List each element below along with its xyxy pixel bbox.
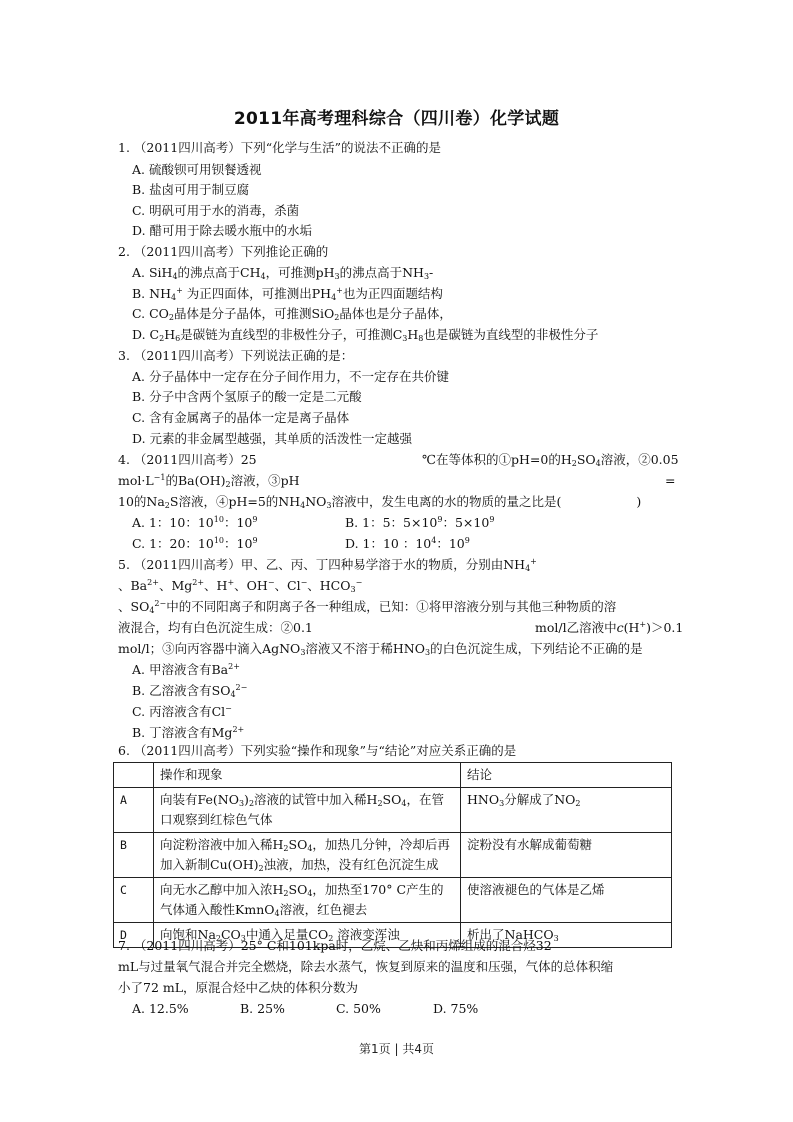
question-7-stem-line3: 小了72 mL，原混合烃中乙炔的体积分数为 (118, 980, 358, 996)
question-4-stem-line2b: = (665, 473, 675, 489)
question-1-option-c: C. 明矾可用于水的消毒，杀菌 (132, 203, 299, 219)
page-footer: 第1页 | 共4页 (0, 1040, 793, 1057)
question-5-stem-line1: 5. （2011四川高考）甲、乙、丙、丁四种易学溶于水的物质，分别由NH4+ (118, 557, 537, 573)
question-7-stem-line1: 7. （2011四川高考）25° C和101kpa时，乙烷、乙炔和丙烯组成的混合… (118, 938, 552, 954)
question-5-option-c: C. 丙溶液含有Cl− (132, 704, 232, 720)
question-4-option-d: D. 1：10 ：104：109 (345, 536, 470, 552)
question-7-option-b: B. 25% (240, 1001, 285, 1017)
question-7-option-c: C. 50% (336, 1001, 381, 1017)
question-3-stem: 3. （2011四川高考）下列说法正确的是： (118, 348, 353, 364)
question-2-option-c: C. CO2晶体是分子晶体，可推测SiO2晶体也是分子晶体， (132, 306, 452, 322)
question-4-option-c: C. 1：20：1010：109 (132, 536, 258, 552)
question-5-option-b: B. 乙溶液含有SO42− (132, 683, 247, 699)
question-4-stem-line3: 10的Na2S溶液，④pH=5的NH4NO3溶液中，发生电离的水的物质的量之比是… (118, 494, 641, 510)
row-label: A (114, 788, 154, 833)
row-conclusion: HNO3分解成了NO2 (461, 788, 672, 833)
row-label: B (114, 833, 154, 878)
question-5-option-d: B. 丁溶液含有Mg2+ (132, 725, 244, 741)
question-2-option-b: B. NH4+ 为正四面体，可推测出PH4+也为正四面题结构 (132, 286, 443, 302)
table-header-row: 操作和现象 结论 (114, 763, 672, 788)
row-operation: 向装有Fe(NO3)2溶液的试管中加入稀H2SO4，在管口观察到红棕色气体 (154, 788, 461, 833)
table-row: C 向无水乙醇中加入浓H2SO4，加热至170° C产生的气体通入酸性KmnO4… (114, 878, 672, 923)
question-6-table: 操作和现象 结论 A 向装有Fe(NO3)2溶液的试管中加入稀H2SO4，在管口… (113, 762, 672, 948)
question-1-option-b: B. 盐卤可用于制豆腐 (132, 182, 249, 198)
question-2-option-a: A. SiH4的沸点高于CH4，可推测pH3的沸点高于NH3- (132, 265, 433, 281)
question-5-stem-line4b: mol/l乙溶液中c(H+)＞0.1 (535, 620, 683, 636)
question-3-option-a: A. 分子晶体中一定存在分子间作用力，不一定存在共价键 (132, 369, 449, 385)
question-5-stem-line3: 、SO42−中的不同阳离子和阴离子各一种组成，已知：①将甲溶液分别与其他三种物质… (118, 599, 616, 615)
question-7-stem-line2: mL与过量氧气混合并完全燃烧，除去水蒸气，恢复到原来的温度和压强，气体的总体积缩 (118, 959, 613, 975)
question-3-option-d: D. 元素的非金属型越强，其单质的活泼性一定越强 (132, 431, 412, 447)
question-1-stem: 1. （2011四川高考）下列“化学与生活”的说法不正确的是 (118, 140, 441, 156)
question-3-option-b: B. 分子中含两个氢原子的酸一定是二元酸 (132, 389, 362, 405)
table-header-cell (114, 763, 154, 788)
question-4-stem-line1: 4. （2011四川高考）25 (118, 452, 257, 468)
question-5-stem-line5: mol/l；③向丙容器中滴入AgNO3溶液又不溶于稀HNO3的白色沉淀生成，下列… (118, 641, 643, 657)
question-4-stem-line1b: ℃在等体积的①pH=0的H2SO4溶液，②0.05 (422, 452, 679, 468)
question-2-option-d: D. C2H6是碳链为直线型的非极性分子，可推测C3H8也是碳链为直线型的非极性… (132, 327, 598, 343)
question-7-option-a: A. 12.5% (132, 1001, 189, 1017)
row-operation: 向无水乙醇中加入浓H2SO4，加热至170° C产生的气体通入酸性KmnO4溶液… (154, 878, 461, 923)
question-4-option-b: B. 1：5：5×109：5×109 (345, 515, 494, 531)
table-header-cell: 结论 (461, 763, 672, 788)
question-1-option-a: A. 硫酸钡可用钡餐透视 (132, 162, 261, 178)
page-title: 2011年高考理科综合（四川卷）化学试题 (0, 104, 793, 129)
question-4-stem-line2: mol·L−1的Ba(OH)2溶液，③pH (118, 473, 300, 489)
document-page: 2011年高考理科综合（四川卷）化学试题 1. （2011四川高考）下列“化学与… (0, 0, 793, 1122)
row-conclusion: 使溶液褪色的气体是乙烯 (461, 878, 672, 923)
question-7-option-d: D. 75% (433, 1001, 478, 1017)
question-1-option-d: D. 醋可用于除去暖水瓶中的水垢 (132, 223, 312, 239)
question-2-stem: 2. （2011四川高考）下列推论正确的 (118, 244, 328, 260)
question-5-stem-line2: 、Ba2+、Mg2+、H+、OH−、Cl−、HCO3− (118, 578, 362, 594)
row-label: C (114, 878, 154, 923)
row-operation: 向淀粉溶液中加入稀H2SO4，加热几分钟，冷却后再加入新制Cu(OH)2浊液，加… (154, 833, 461, 878)
question-5-stem-line4: 液混合，均有白色沉淀生成：②0.1 (118, 620, 313, 636)
table-row: B 向淀粉溶液中加入稀H2SO4，加热几分钟，冷却后再加入新制Cu(OH)2浊液… (114, 833, 672, 878)
row-conclusion: 淀粉没有水解成葡萄糖 (461, 833, 672, 878)
question-3-option-c: C. 含有金属离子的晶体一定是离子晶体 (132, 410, 349, 426)
table-header-cell: 操作和现象 (154, 763, 461, 788)
table-row: A 向装有Fe(NO3)2溶液的试管中加入稀H2SO4，在管口观察到红棕色气体 … (114, 788, 672, 833)
question-6-stem: 6. （2011四川高考）下列实验“操作和现象”与“结论”对应关系正确的是 (118, 743, 516, 759)
question-5-option-a: A. 甲溶液含有Ba2+ (132, 662, 240, 678)
question-4-option-a: A. 1：10：1010：109 (132, 515, 257, 531)
